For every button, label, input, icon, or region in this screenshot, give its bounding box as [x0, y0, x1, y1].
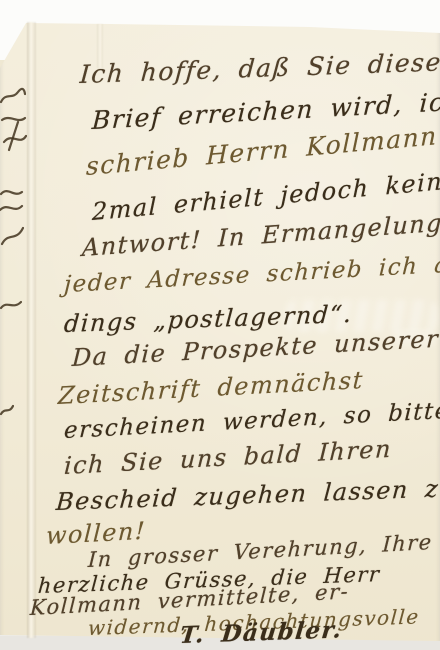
fold-crease [27, 22, 36, 638]
adjacent-page-stroke [0, 402, 14, 418]
adjacent-page-stroke [0, 222, 24, 250]
adjacent-page-stroke [0, 184, 24, 216]
signature: T. Däubler. [179, 616, 344, 649]
scanned-letter-page: Ich hoffe, daß Sie dieser Brief erreiche… [0, 0, 440, 650]
adjacent-page-stroke [0, 86, 26, 108]
adjacent-page-stroke [0, 296, 22, 314]
adjacent-page-stroke [0, 112, 27, 152]
